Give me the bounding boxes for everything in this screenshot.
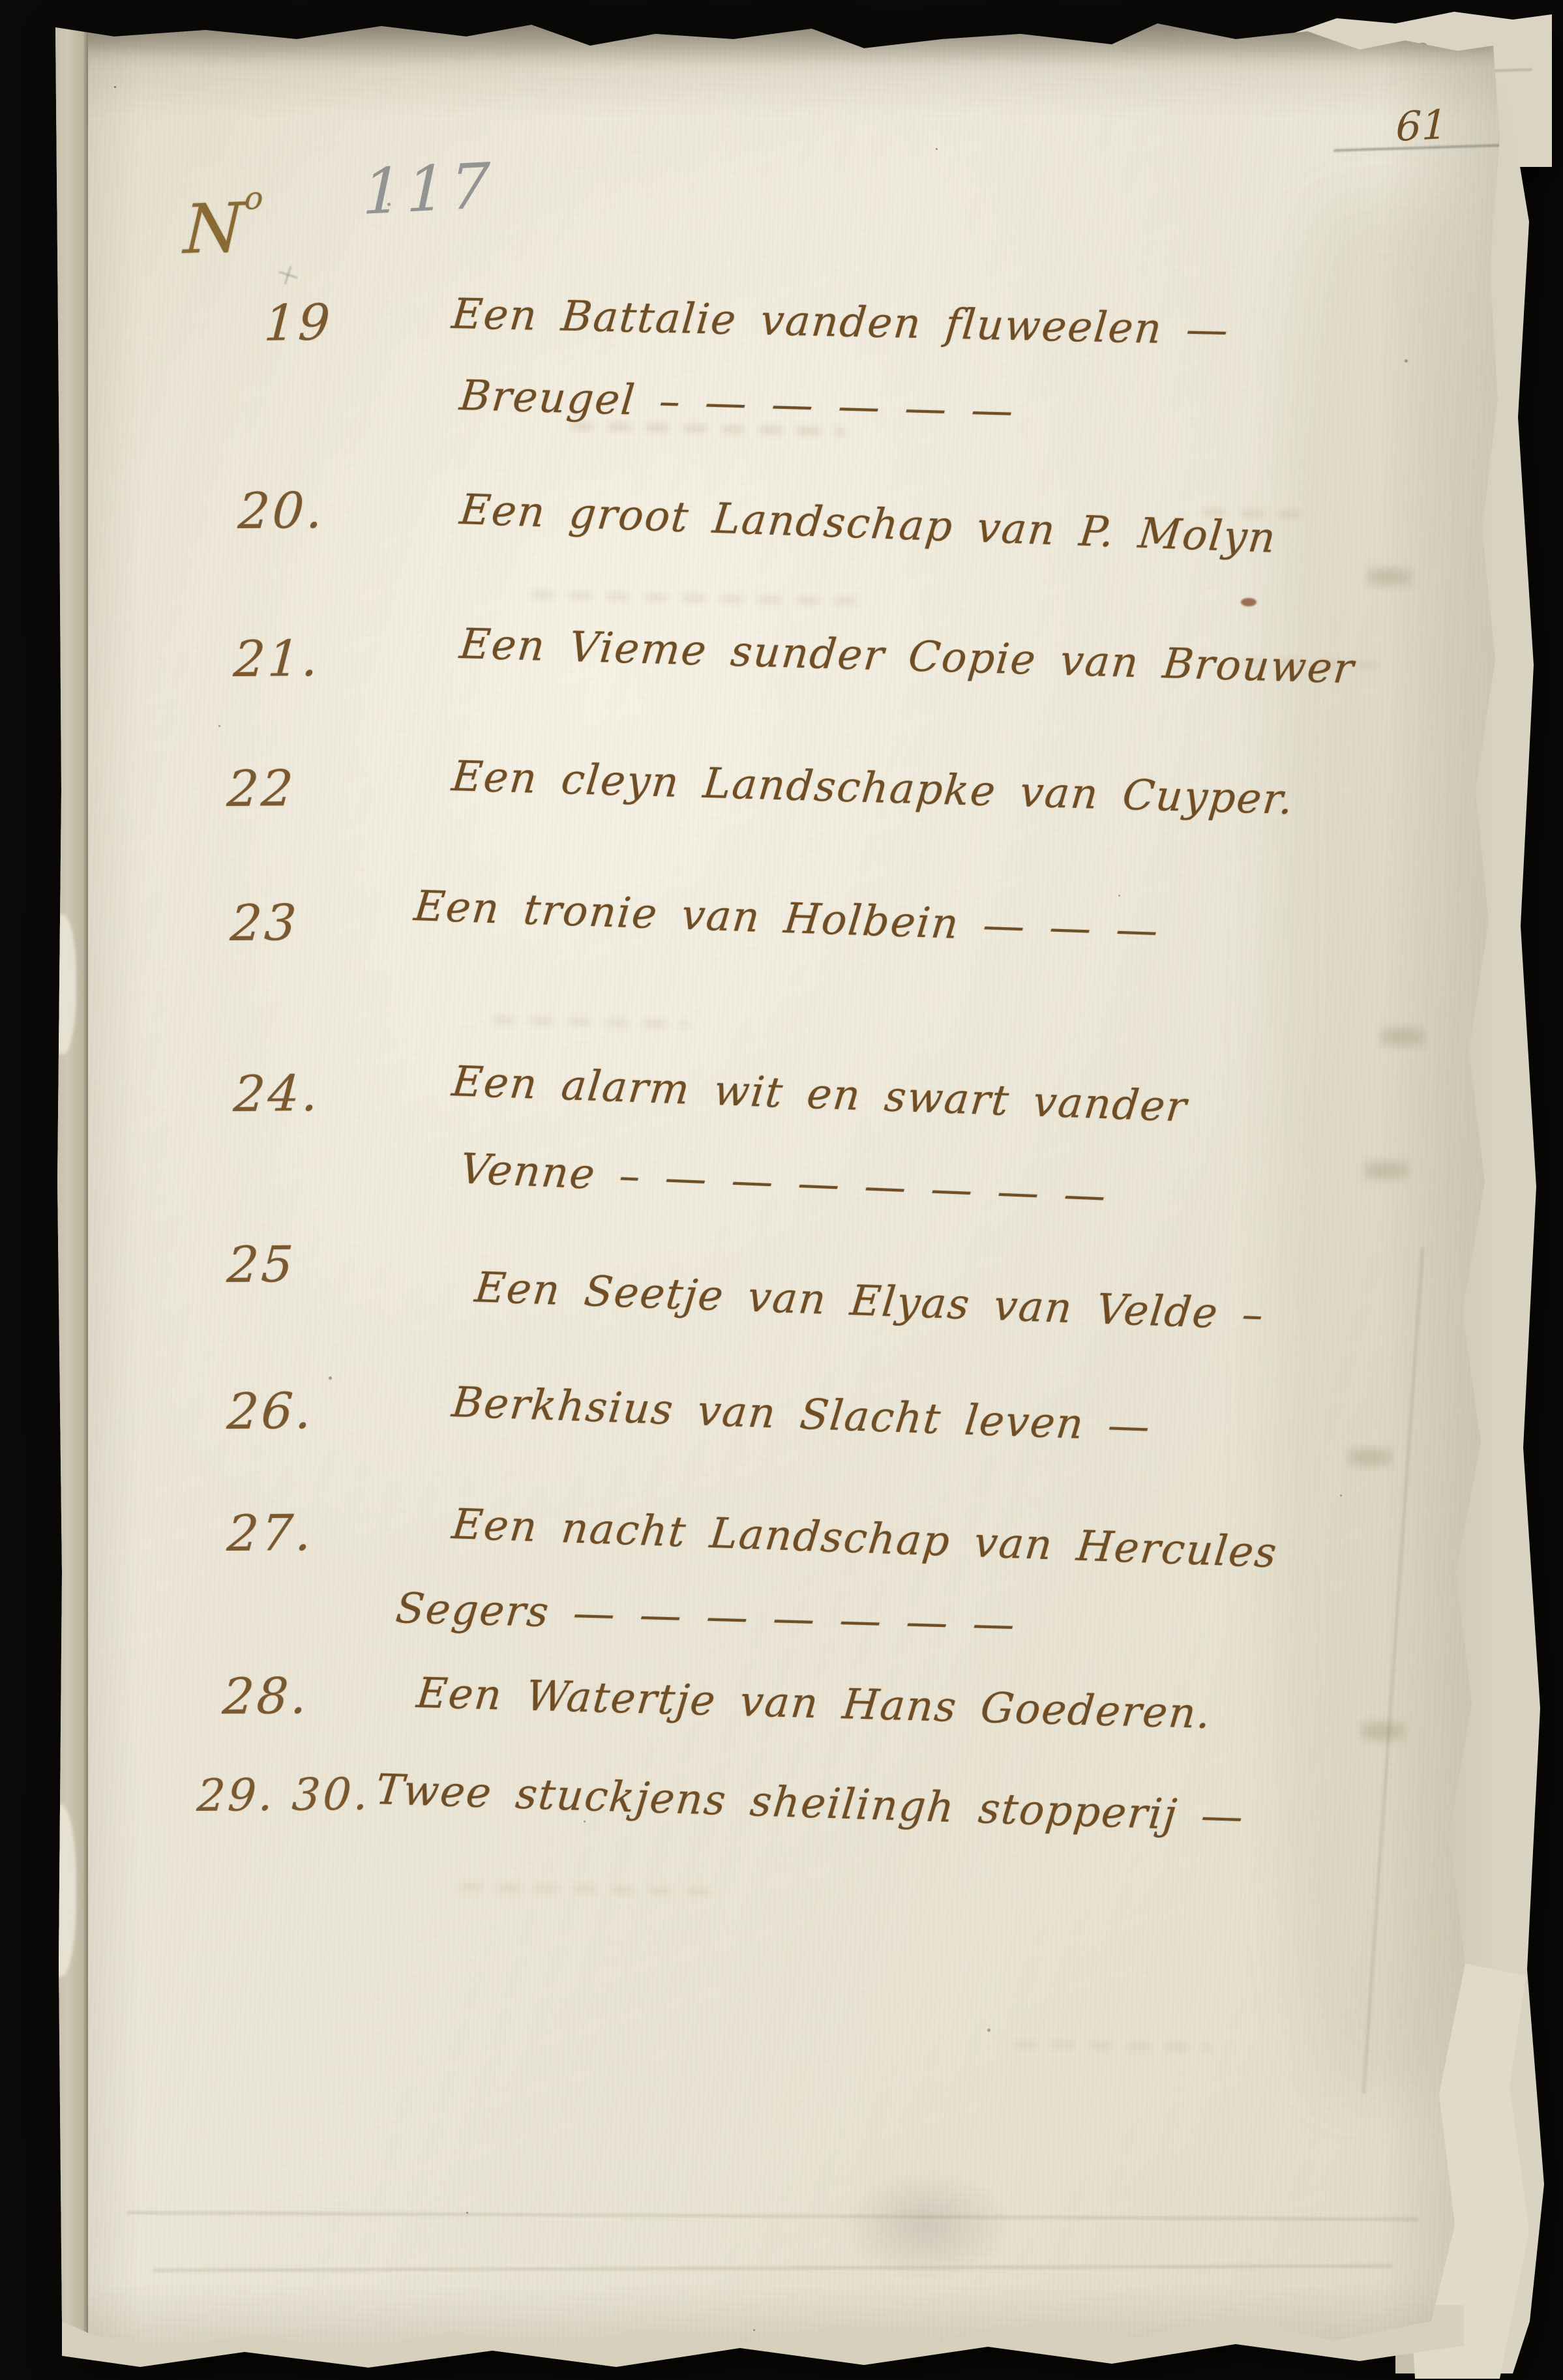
entry-line: Een Vieme sunder Copie van Brouwer (458, 623, 1357, 692)
manuscript-photograph: 69 (0, 0, 1563, 2380)
entry-number: 21. (232, 632, 322, 685)
no-letter: N (183, 188, 245, 269)
entry-number: 28. (221, 1670, 311, 1723)
entry-line: Een cleyn Landschapke van Cuyper. (450, 755, 1296, 822)
entry-line: Een groot Landschap van P. Molyn (458, 488, 1279, 561)
entry-line: Een Watertje van Hans Goederen. (415, 1672, 1213, 1736)
entry-line: Een alarm wit en swart vander (450, 1060, 1189, 1130)
entry-line: Segers — — — — — — — (394, 1587, 1018, 1647)
entry-line: Een Battalie vanden fluweelen — (450, 293, 1231, 353)
manuscript-page: 61 No 117 19 Een Battalie vanden fluweel… (36, 8, 1511, 2375)
entry-line: Venne – — — — — — — — (458, 1148, 1109, 1219)
entry-line: Twee stuckjens sheilingh stopperij — (374, 1768, 1246, 1839)
manuscript-sheet-stack: 69 (0, 0, 1563, 2380)
struck-folio-number: 61 (1395, 103, 1448, 148)
entry-number: 20. (237, 484, 327, 537)
entry-number: 29. 30. (196, 1772, 372, 1820)
entry-line: Een nacht Landschap van Hercules (450, 1503, 1279, 1575)
entry-number: 23 (229, 897, 301, 949)
entry-number: 26. (226, 1385, 316, 1438)
entry-line: Een tronie van Holbein — — — (412, 885, 1161, 953)
entry-number: 27. (226, 1507, 316, 1560)
no-superscript: o (244, 181, 264, 217)
entry-number: 24. (232, 1067, 322, 1120)
entry-line: Breugel – — — — — — (458, 374, 1017, 434)
entry-number: 22 (226, 762, 297, 815)
entry-number: 19 (263, 296, 334, 350)
entry-line: Een Seetje van Elyas van Velde – (473, 1266, 1266, 1338)
entry-number: 25 (226, 1238, 297, 1291)
entry-line: Berkhsius van Slacht leven — (450, 1381, 1153, 1450)
page-content: 61 No 117 19 Een Battalie vanden fluweel… (36, 8, 1511, 2375)
archive-number-pencil: 117 (362, 153, 494, 226)
archive-number-label: No (183, 183, 263, 265)
